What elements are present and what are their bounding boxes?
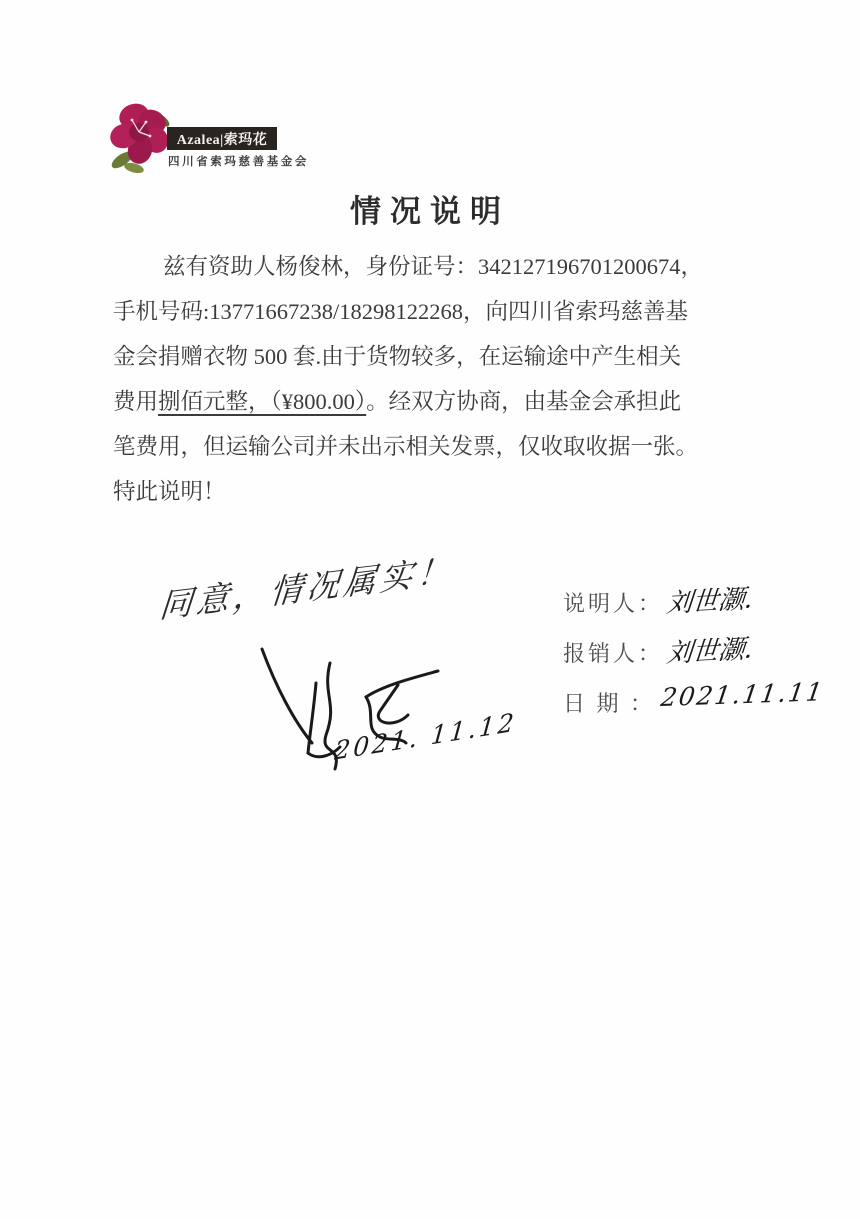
body-closing: 特此说明！ [113, 469, 758, 514]
foundation-logo: Azalea|索玛花 四川省索玛慈善基金会 [104, 98, 314, 178]
body-line: 兹有资助人杨俊林，身份证号：342127196701200674， [113, 244, 758, 289]
logo-org-name: 四川省索玛慈善基金会 [168, 153, 309, 169]
declarant-signature: 刘世灏. [665, 578, 754, 620]
body-line-fee: 费用捌佰元整，（¥800.00）。经双方协商，由基金会承担此 [113, 379, 758, 424]
page-title: 情况说明 [0, 186, 860, 231]
fee-suffix: 。经双方协商，由基金会承担此 [366, 389, 681, 414]
declarant-label: 说明人： [563, 583, 663, 618]
date-handwritten-value: 2021.11.11 [659, 677, 826, 712]
reimburser-label: 报销人： [563, 633, 663, 668]
signature-block: 说明人： 刘世灏. 报销人： 刘世灏. 日 期 ： 2021.11.11 [563, 583, 843, 733]
scanned-document-page: Azalea|索玛花 四川省索玛慈善基金会 情况说明 兹有资助人杨俊林，身份证号… [0, 0, 860, 1219]
fee-amount-underlined: 捌佰元整，（¥800.00） [158, 389, 366, 414]
reimburser-signature: 刘世灏. [665, 628, 754, 670]
reimburser-row: 报销人： 刘世灏. [563, 633, 843, 683]
fee-prefix: 费用 [113, 389, 158, 414]
body-line: 笔费用，但运输公司并未出示相关发票，仅收取收据一张。 [113, 424, 758, 469]
declarant-row: 说明人： 刘世灏. [563, 583, 843, 633]
date-row: 日 期 ： 2021.11.11 [563, 683, 843, 733]
handwritten-approval-note: 同意，情况属实！ [158, 544, 456, 628]
logo-badge: Azalea|索玛花 [167, 127, 277, 150]
body-line: 金会捐赠衣物 500 套.由于货物较多，在运输途中产生相关 [113, 334, 758, 379]
document-body: 兹有资助人杨俊林，身份证号：342127196701200674， 手机号码:1… [113, 244, 758, 514]
body-line: 手机号码:13771667238/18298122268，向四川省索玛慈善基 [113, 289, 758, 334]
date-label: 日 期 ： [563, 683, 655, 718]
